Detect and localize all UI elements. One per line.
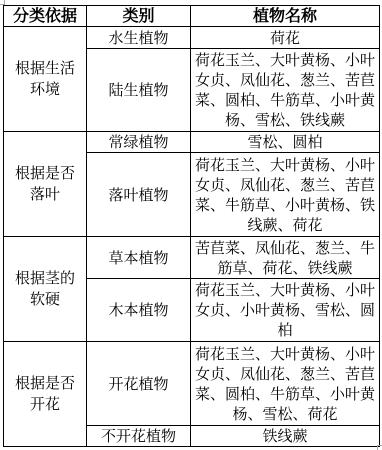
basis-text: 根据是否落叶 xyxy=(13,163,77,205)
basis-cell: 根据茎的软硬 xyxy=(4,237,87,342)
table-row: 根据茎的软硬 草本植物 苦苣菜、凤仙花、葱兰、牛筋草、荷花、铁线蕨 xyxy=(4,237,380,279)
basis-text: 根据是否开花 xyxy=(13,373,77,415)
header-basis: 分类依据 xyxy=(4,6,87,27)
plants-cell: 荷花玉兰、大叶黄杨、小叶女贞、凤仙花、葱兰、苦苣菜、牛筋草、小叶黄杨、铁线蕨、荷… xyxy=(191,153,380,237)
plants-cell: 雪松、圆柏 xyxy=(191,132,380,153)
header-category: 类别 xyxy=(87,6,191,27)
category-cell: 开花植物 xyxy=(87,342,191,426)
header-row: 分类依据 类别 植物名称 xyxy=(4,6,380,27)
plant-classification-table: 分类依据 类别 植物名称 根据生活环境 水生植物 荷花 陆生植物 荷花玉兰、大叶… xyxy=(3,5,380,447)
category-cell: 水生植物 xyxy=(87,27,191,49)
basis-cell: 根据是否落叶 xyxy=(4,132,87,237)
plants-cell: 铁线蕨 xyxy=(191,426,380,447)
category-cell: 木本植物 xyxy=(87,279,191,342)
table-row: 根据是否落叶 常绿植物 雪松、圆柏 xyxy=(4,132,380,153)
table-row: 根据生活环境 水生植物 荷花 xyxy=(4,27,380,49)
header-plant-names: 植物名称 xyxy=(191,6,380,27)
table-row: 根据是否开花 开花植物 荷花玉兰、大叶黄杨、小叶女贞、凤仙花、葱兰、苦苣菜、圆柏… xyxy=(4,342,380,426)
category-cell: 常绿植物 xyxy=(87,132,191,153)
category-cell: 不开花植物 xyxy=(87,426,191,447)
basis-text: 根据生活环境 xyxy=(13,58,77,100)
category-cell: 落叶植物 xyxy=(87,153,191,237)
plants-cell: 荷花玉兰、大叶黄杨、小叶女贞、凤仙花、葱兰、苦苣菜、圆柏、牛筋草、小叶黄杨、雪松… xyxy=(191,49,380,132)
page-corner-mark xyxy=(377,445,382,450)
plants-cell: 荷花玉兰、大叶黄杨、小叶女贞、凤仙花、葱兰、苦苣菜、圆柏、牛筋草、小叶黄杨、雪松… xyxy=(191,342,380,426)
plants-cell: 苦苣菜、凤仙花、葱兰、牛筋草、荷花、铁线蕨 xyxy=(191,237,380,279)
basis-cell: 根据生活环境 xyxy=(4,27,87,132)
plants-cell: 荷花玉兰、大叶黄杨、小叶女贞、小叶黄杨、雪松、圆柏 xyxy=(191,279,380,342)
category-cell: 陆生植物 xyxy=(87,49,191,132)
basis-cell: 根据是否开花 xyxy=(4,342,87,447)
category-cell: 草本植物 xyxy=(87,237,191,279)
basis-text: 根据茎的软硬 xyxy=(13,268,77,310)
plants-cell: 荷花 xyxy=(191,27,380,49)
